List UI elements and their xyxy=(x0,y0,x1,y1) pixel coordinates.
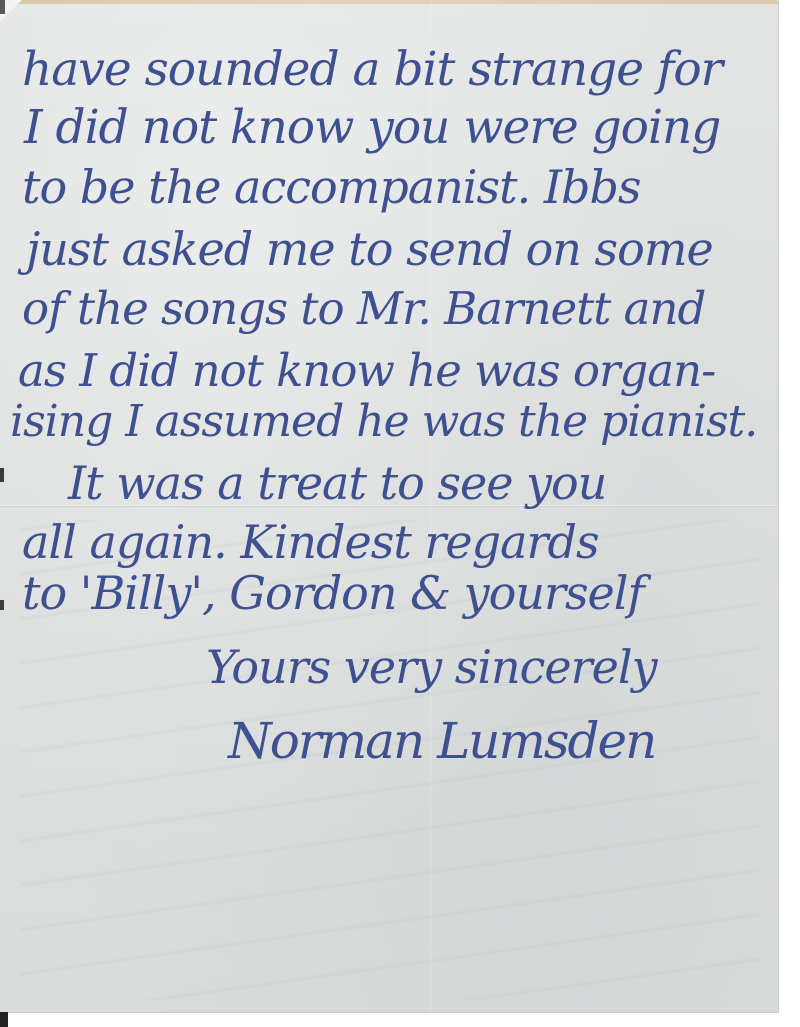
letter-scan: have sounded a bit strange for I did not… xyxy=(0,0,800,1027)
scan-edge-clip xyxy=(0,1012,8,1027)
letter-line-9: all again. Kindest regards xyxy=(22,515,599,569)
letter-line-7: ising I assumed he was the pianist. xyxy=(10,396,757,447)
letter-line-8: It was a treat to see you xyxy=(68,456,606,510)
letter-line-2: I did not know you were going xyxy=(24,100,720,155)
letter-closing: Yours very sincerely xyxy=(206,640,657,694)
letter-signature: Norman Lumsden xyxy=(228,712,655,770)
letter-body: have sounded a bit strange for I did not… xyxy=(0,0,778,1012)
letter-paper: have sounded a bit strange for I did not… xyxy=(0,0,778,1012)
letter-line-10: to 'Billy', Gordon & yourself xyxy=(22,566,644,620)
letter-line-4: just asked me to send on some xyxy=(26,222,713,276)
letter-line-3: to be the accompanist. Ibbs xyxy=(22,160,641,214)
scan-edge-mark xyxy=(0,600,4,610)
letter-line-5: of the songs to Mr. Barnett and xyxy=(22,282,705,335)
letter-line-6: as I did not know he was organ- xyxy=(18,344,715,397)
letter-line-1: have sounded a bit strange for xyxy=(22,42,722,97)
scan-edge-mark xyxy=(0,468,4,482)
